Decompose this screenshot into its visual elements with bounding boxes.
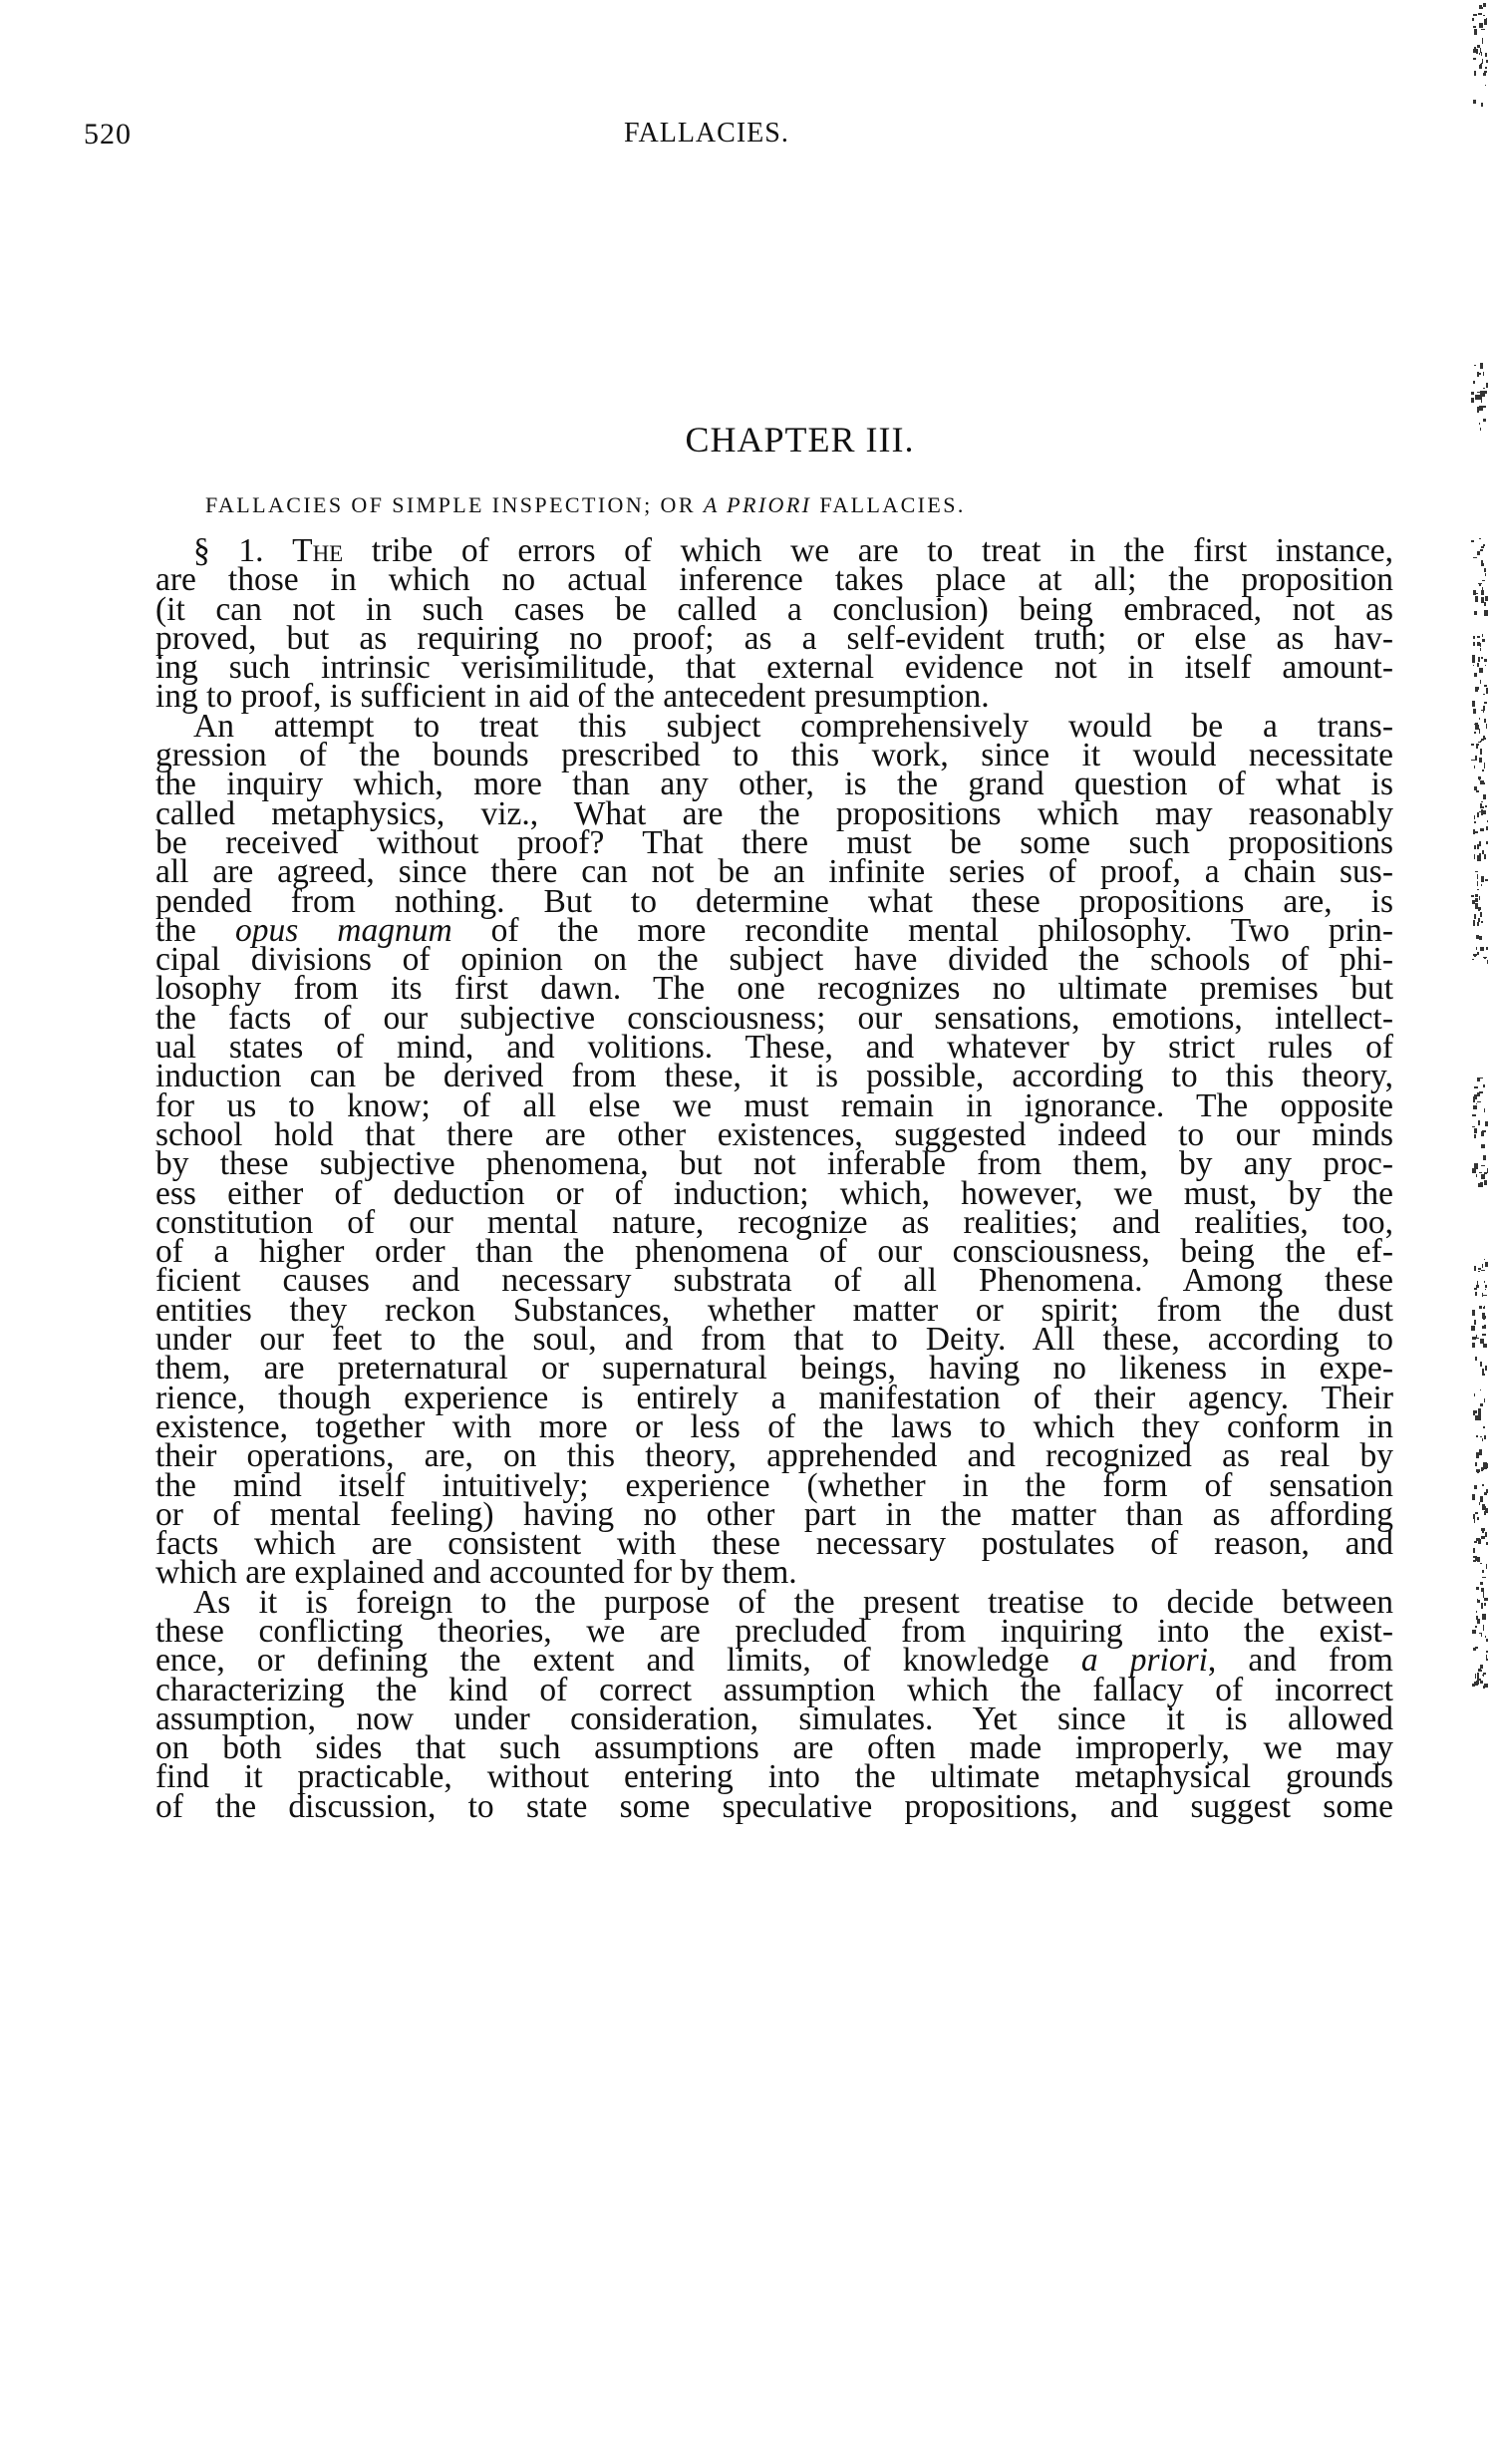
scan-speckle	[1479, 1306, 1482, 1309]
scan-speckle	[1471, 744, 1475, 746]
scan-speckle	[1487, 960, 1488, 964]
scan-speckle	[1483, 794, 1486, 799]
scan-speckle	[1472, 959, 1474, 960]
scan-speckle	[1485, 1508, 1488, 1513]
scan-speckle	[1474, 724, 1476, 726]
scan-speckle	[1472, 1126, 1475, 1127]
scan-speckle	[1484, 1598, 1487, 1601]
scan-speckle	[1482, 634, 1484, 637]
scan-speckle	[1484, 659, 1487, 662]
scan-speckle	[1474, 1541, 1477, 1543]
scan-speckle	[1473, 1648, 1476, 1652]
scan-speckle	[1474, 786, 1478, 791]
scan-speckle	[1481, 921, 1483, 923]
scan-speckle	[1482, 580, 1485, 582]
scan-speckle	[1482, 1334, 1485, 1335]
scan-speckle	[1484, 1108, 1485, 1112]
scan-speckle	[1472, 18, 1474, 20]
scan-speckle	[1471, 1326, 1475, 1331]
scan-speckle	[1474, 815, 1475, 819]
paragraph: § 1. The tribe of errors of which we are…	[155, 536, 1393, 712]
scan-speckle	[1481, 1270, 1485, 1271]
scan-speckle	[1484, 1398, 1485, 1401]
scan-speckle	[1487, 1168, 1488, 1174]
scan-speckle	[1474, 29, 1475, 32]
scan-speckle	[1477, 372, 1479, 377]
scan-speckle	[1475, 1292, 1477, 1296]
scan-speckle	[1485, 879, 1487, 881]
scan-speckle	[1480, 1078, 1483, 1078]
scan-speckle	[1474, 1134, 1476, 1138]
scan-speckle	[1482, 850, 1483, 853]
scan-speckle	[1486, 826, 1488, 830]
scan-speckle	[1483, 3, 1486, 7]
scan-speckle	[1483, 372, 1484, 376]
scan-speckle	[1477, 1517, 1478, 1520]
scan-speckle	[1477, 1101, 1481, 1102]
scan-speckle	[1474, 611, 1477, 615]
scan-speckle	[1480, 749, 1482, 755]
chapter-subtitle: FALLACIES OF SIMPLE INSPECTION; OR A PRI…	[205, 492, 1272, 518]
scan-speckle	[1482, 1577, 1485, 1578]
scan-speckle	[1474, 1519, 1476, 1523]
scan-speckle	[1478, 1120, 1480, 1125]
scan-speckle	[1477, 636, 1480, 638]
scan-speckle	[1480, 428, 1481, 431]
scan-speckle	[1485, 1366, 1486, 1371]
scan-speckle	[1476, 1174, 1477, 1176]
scan-speckle	[1483, 388, 1485, 389]
scan-speckle	[1473, 709, 1476, 714]
scan-speckle	[1484, 854, 1485, 859]
scan-speckle	[1471, 895, 1474, 897]
scan-speckle	[1478, 583, 1481, 584]
scan-speckle	[1474, 1288, 1477, 1290]
scan-speckle	[1472, 1310, 1475, 1316]
scan-speckle	[1486, 1639, 1488, 1642]
chapter-subtitle-italic: A PRIORI	[704, 492, 812, 517]
scan-speckle	[1482, 1369, 1484, 1375]
scan-speckle	[1485, 805, 1486, 807]
scan-speckle	[1482, 38, 1483, 44]
scan-speckle	[1480, 1582, 1483, 1585]
scan-speckle	[1474, 732, 1476, 733]
scan-speckle	[1472, 1343, 1475, 1348]
scan-speckle	[1480, 828, 1483, 831]
scan-speckle	[1485, 1289, 1487, 1290]
scan-speckle	[1474, 1163, 1478, 1169]
scan-speckle	[1476, 1587, 1478, 1588]
scan-speckle	[1479, 718, 1481, 720]
paragraph: An attempt to treat this subject compreh…	[155, 712, 1393, 1588]
scan-speckle	[1471, 540, 1474, 542]
scan-speckle	[1483, 736, 1485, 739]
scan-speckle	[1485, 1285, 1487, 1289]
scan-speckle	[1481, 63, 1482, 69]
scan-speckle	[1485, 596, 1488, 601]
running-title: FALLACIES.	[624, 118, 789, 150]
scan-speckle	[1478, 907, 1481, 910]
scan-speckle	[1477, 45, 1480, 47]
book-page: 520 FALLACIES. CHAPTER III. FALLACIES OF…	[0, 0, 1490, 2464]
scan-speckle	[1483, 1295, 1487, 1296]
scan-speckle	[1480, 1436, 1482, 1437]
scan-speckle	[1472, 1630, 1475, 1633]
scan-speckle	[1482, 639, 1484, 641]
scan-speckle	[1476, 790, 1478, 791]
scan-speckle	[1479, 584, 1481, 586]
scan-speckle	[1486, 1489, 1487, 1493]
scan-speckle	[1483, 1344, 1486, 1348]
scan-speckle	[1484, 685, 1487, 687]
scan-speckle	[1474, 673, 1476, 677]
scan-speckle	[1478, 1412, 1481, 1417]
scan-speckle	[1476, 1103, 1477, 1104]
scan-speckle	[1486, 841, 1487, 844]
scan-speckle	[1477, 1338, 1479, 1340]
scan-speckle	[1472, 900, 1474, 904]
scan-speckle	[1481, 710, 1484, 711]
scan-speckle	[1482, 563, 1484, 567]
scan-speckle	[1482, 1614, 1486, 1620]
scan-speckle	[1482, 1438, 1483, 1441]
scan-speckle	[1474, 1393, 1476, 1395]
scan-speckle	[1483, 1625, 1484, 1630]
scan-speckle	[1475, 871, 1478, 873]
scan-speckle	[1471, 398, 1474, 403]
scan-speckle	[1475, 898, 1478, 902]
scan-speckle	[1476, 49, 1478, 55]
scan-speckle	[1479, 668, 1483, 672]
scan-speckle	[1482, 394, 1484, 398]
scan-speckle	[1475, 723, 1478, 724]
scan-speckle	[1473, 590, 1476, 595]
scan-speckle	[1481, 884, 1482, 886]
scan-speckle	[1485, 573, 1486, 576]
scan-speckle	[1479, 53, 1480, 55]
scan-speckle	[1483, 1084, 1484, 1088]
scan-speckle	[1484, 1435, 1486, 1439]
scan-speckle	[1481, 546, 1484, 547]
scan-speckle	[1485, 1532, 1486, 1536]
scan-speckle	[1475, 1462, 1477, 1466]
scan-speckle	[1483, 419, 1485, 422]
scan-speckle	[1479, 1449, 1482, 1455]
scan-speckle	[1485, 665, 1486, 667]
scan-speckle	[1487, 820, 1488, 822]
scan-speckle	[1473, 26, 1475, 28]
scan-speckle	[1486, 947, 1488, 950]
scan-speckle	[1474, 1086, 1477, 1088]
scan-speckle	[1485, 67, 1487, 69]
scan-speckle	[1483, 1673, 1486, 1675]
scan-speckle	[1481, 1182, 1482, 1187]
scan-speckle	[1481, 1467, 1483, 1471]
scan-speckle	[1475, 1626, 1476, 1627]
scan-speckle	[1473, 58, 1477, 60]
scan-speckle	[1477, 812, 1479, 817]
scan-speckle	[1482, 810, 1486, 814]
scan-speckle	[1476, 1335, 1477, 1338]
scan-speckle	[1481, 1603, 1482, 1609]
scan-speckle	[1477, 642, 1480, 646]
scan-speckle	[1481, 1528, 1484, 1531]
text-run: of the discussion, to state some specula…	[155, 1788, 1393, 1825]
scan-speckle	[1484, 1603, 1486, 1606]
scan-speckle	[1473, 381, 1476, 384]
scan-speckle	[1482, 1326, 1486, 1329]
scan-speckle	[1482, 1570, 1484, 1573]
scan-speckle	[1474, 1128, 1477, 1134]
scan-speckle	[1477, 663, 1480, 666]
scan-speckle	[1479, 23, 1482, 28]
scan-speckle	[1478, 1418, 1481, 1420]
scan-speckle	[1477, 855, 1481, 860]
scan-speckle	[1481, 1174, 1485, 1179]
paragraph: As it is foreign to the purpose of the p…	[155, 1588, 1393, 1821]
chapter-title: CHAPTER III.	[0, 419, 1490, 461]
scan-speckle	[1483, 694, 1485, 696]
scan-speckle	[1481, 103, 1483, 106]
scan-speckle	[1477, 392, 1481, 394]
scan-speckle	[1475, 1357, 1476, 1361]
scan-speckle	[1480, 912, 1482, 917]
scan-speckle	[1484, 1259, 1485, 1260]
scan-speckle	[1476, 947, 1477, 950]
scan-speckle	[1486, 18, 1487, 19]
scan-speckle	[1484, 610, 1488, 616]
scan-speckle	[1477, 881, 1478, 886]
scan-speckle	[1478, 918, 1479, 923]
scan-speckle	[1486, 383, 1487, 388]
scan-speckle	[1474, 955, 1476, 957]
scan-speckle	[1482, 770, 1484, 771]
scan-speckle	[1474, 1320, 1475, 1324]
scan-speckle	[1480, 1496, 1483, 1502]
scan-speckle	[1479, 1633, 1482, 1634]
scan-speckle	[1481, 599, 1484, 604]
scan-speckle	[1474, 766, 1475, 769]
scan-speckle	[1474, 845, 1476, 849]
scan-speckle	[1475, 1415, 1477, 1420]
scan-speckle	[1472, 1494, 1475, 1500]
scan-speckle	[1479, 373, 1481, 374]
scan-speckle	[1477, 889, 1480, 890]
scan-speckle	[1485, 53, 1487, 56]
scan-speckle	[1482, 1675, 1483, 1676]
scan-speckle	[1478, 1541, 1481, 1543]
scan-speckle	[1477, 1470, 1479, 1473]
scan-speckle	[1473, 14, 1477, 16]
scan-speckle	[1476, 1435, 1478, 1437]
scan-speckle	[1481, 52, 1482, 57]
scan-speckle	[1483, 15, 1485, 16]
scan-speckle	[1483, 1318, 1485, 1320]
scan-speckle	[1486, 724, 1487, 730]
running-head: 520 FALLACIES.	[0, 118, 1490, 157]
scan-speckle	[1484, 958, 1485, 959]
text-line: of the discussion, to state some specula…	[155, 1792, 1393, 1821]
scan-speckle	[1472, 1114, 1475, 1116]
scan-edge-artifacts	[1430, 0, 1490, 2464]
scan-speckle	[1482, 1484, 1484, 1486]
scan-speckle	[1481, 657, 1483, 659]
scan-speckle	[1472, 1337, 1475, 1340]
scan-speckle	[1483, 1591, 1484, 1594]
scan-speckle	[1475, 596, 1478, 602]
scan-speckle	[1473, 665, 1474, 666]
scan-speckle	[1472, 655, 1474, 657]
scan-speckle	[1474, 1485, 1477, 1489]
scan-speckle	[1476, 744, 1479, 746]
body-text: § 1. The tribe of errors of which we are…	[155, 536, 1393, 1821]
scan-speckle	[1484, 1306, 1485, 1308]
scan-speckle	[1479, 1091, 1482, 1093]
scan-speckle	[1479, 758, 1482, 763]
scan-speckle	[1480, 947, 1484, 951]
scan-speckle	[1484, 1281, 1485, 1283]
scan-speckle	[1486, 1651, 1488, 1653]
scan-speckle	[1472, 1684, 1475, 1688]
scan-speckle	[1475, 725, 1479, 730]
scan-speckle	[1478, 395, 1482, 400]
scan-speckle	[1477, 1678, 1479, 1681]
scan-speckle	[1474, 1266, 1476, 1271]
scan-speckle	[1478, 657, 1479, 662]
chapter-subtitle-post: FALLACIES.	[811, 492, 965, 517]
scan-speckle	[1479, 1502, 1480, 1505]
scan-speckle	[1479, 936, 1482, 939]
scan-speckle	[1483, 1462, 1487, 1468]
scan-speckle	[1483, 1155, 1486, 1160]
scan-speckle	[1478, 13, 1482, 15]
scan-speckle	[1471, 760, 1475, 761]
scan-speckle	[1480, 1681, 1484, 1684]
scan-speckle	[1480, 1563, 1482, 1564]
scan-speckle	[1478, 1669, 1481, 1672]
scan-speckle	[1474, 365, 1475, 366]
scan-speckle	[1481, 597, 1484, 599]
scan-speckle	[1480, 648, 1481, 651]
scan-speckle	[1477, 922, 1479, 927]
scan-speckle	[1481, 590, 1483, 596]
scan-speckle	[1485, 1636, 1486, 1638]
scan-speckle	[1474, 914, 1476, 919]
scan-speckle	[1474, 821, 1476, 823]
scan-speckle	[1481, 7, 1483, 9]
scan-speckle	[1483, 544, 1484, 547]
scan-speckle	[1484, 602, 1486, 605]
scan-speckle	[1482, 1130, 1486, 1132]
scan-speckle	[1484, 702, 1487, 704]
scan-speckle	[1485, 85, 1486, 86]
scan-speckle	[1474, 831, 1478, 834]
scan-speckle	[1484, 1180, 1486, 1185]
scan-speckle	[1476, 1611, 1477, 1614]
scan-speckle	[1482, 1264, 1483, 1268]
chapter-subtitle-pre: FALLACIES OF SIMPLE INSPECTION; OR	[205, 492, 704, 517]
scan-speckle	[1475, 687, 1478, 692]
scan-speckle	[1473, 920, 1475, 926]
scan-speckle	[1477, 874, 1479, 879]
scan-speckle	[1473, 557, 1477, 559]
scan-speckle	[1484, 763, 1485, 768]
scan-speckle	[1481, 1144, 1484, 1148]
scan-speckle	[1472, 701, 1475, 707]
scan-speckle	[1486, 688, 1488, 693]
scan-speckle	[1484, 568, 1485, 572]
page-number: 520	[84, 118, 132, 152]
scan-speckle	[1483, 1686, 1485, 1689]
scan-speckle	[1477, 1599, 1478, 1603]
scan-speckle	[1481, 876, 1484, 882]
scan-speckle	[1480, 549, 1483, 552]
scan-speckle	[1477, 844, 1478, 849]
scan-speckle	[1485, 1262, 1487, 1267]
scan-speckle	[1482, 59, 1483, 64]
scan-speckle	[1479, 423, 1480, 425]
scan-speckle	[1477, 1619, 1479, 1624]
scan-speckle	[1473, 1548, 1475, 1553]
scan-speckle	[1480, 1389, 1482, 1390]
scan-speckle	[1479, 729, 1480, 734]
scan-speckle	[1481, 29, 1484, 31]
scan-speckle	[1478, 1271, 1481, 1272]
scan-speckle	[1483, 73, 1486, 76]
scan-speckle	[1483, 1426, 1485, 1427]
scan-speckle	[1473, 642, 1475, 647]
scan-speckle	[1480, 363, 1482, 369]
scan-speckle	[1483, 1593, 1484, 1598]
scan-speckle	[1473, 636, 1475, 639]
scan-speckle	[1483, 406, 1486, 408]
scan-speckle	[1477, 1557, 1480, 1562]
scan-speckle	[1479, 896, 1480, 900]
scan-speckle	[1486, 1655, 1487, 1660]
scan-speckle	[1474, 854, 1475, 859]
scan-speckle	[1473, 1105, 1476, 1109]
scan-speckle	[1480, 680, 1481, 684]
scan-speckle	[1479, 841, 1480, 846]
scan-speckle	[1474, 71, 1476, 76]
scan-speckle	[1485, 1121, 1488, 1126]
scan-speckle	[1486, 60, 1488, 63]
scan-speckle	[1477, 1281, 1478, 1285]
scan-speckle	[1478, 776, 1481, 779]
scan-speckle	[1484, 719, 1487, 723]
scan-speckle	[1475, 1512, 1478, 1513]
scan-speckle	[1478, 742, 1481, 743]
scan-speckle	[1486, 1564, 1487, 1569]
scan-speckle	[1480, 1362, 1482, 1366]
scan-speckle	[1486, 1542, 1488, 1545]
scan-speckle	[1480, 1403, 1483, 1406]
scan-speckle	[1482, 782, 1486, 784]
scan-speckle	[1477, 952, 1479, 955]
scan-speckle	[1473, 1514, 1474, 1519]
scan-speckle	[1479, 538, 1481, 539]
scan-speckle	[1473, 100, 1476, 104]
scan-speckle	[1481, 1165, 1485, 1167]
scan-speckle	[1484, 19, 1488, 25]
scan-speckle	[1472, 657, 1475, 663]
